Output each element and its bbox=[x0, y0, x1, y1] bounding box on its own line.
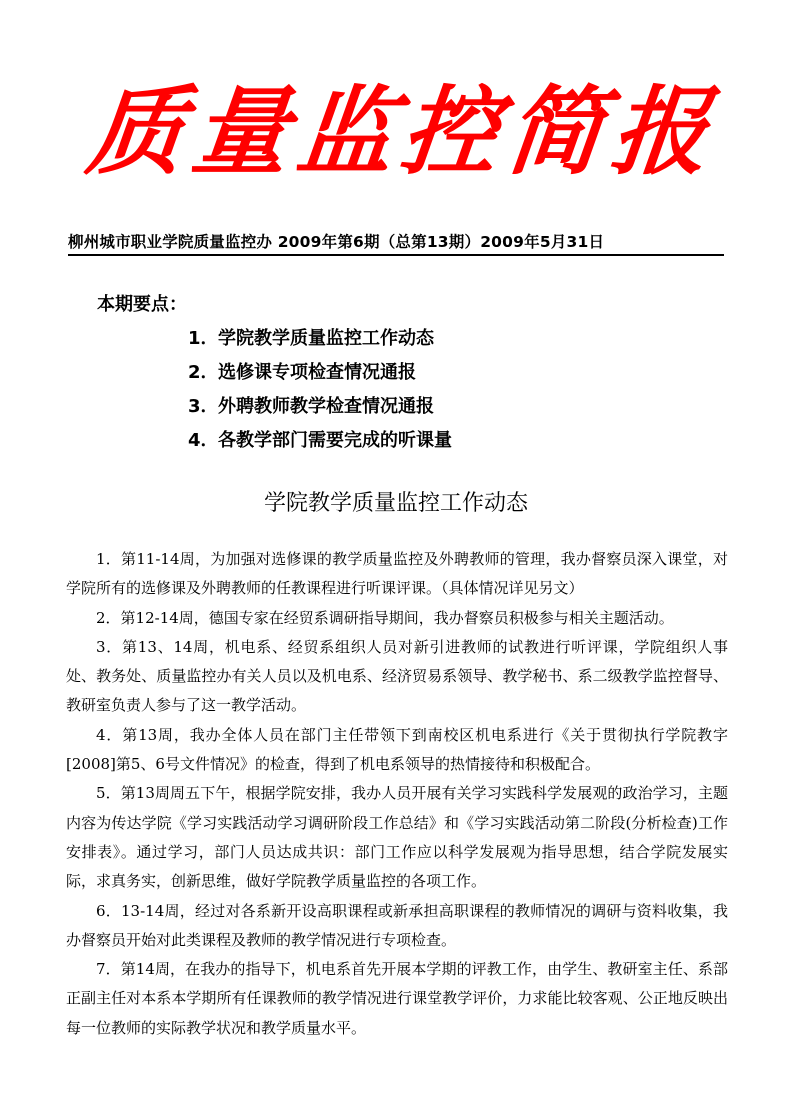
masthead-title: 质 量 监 控 简 报 bbox=[88, 72, 708, 192]
section-title: 学院教学质量监控工作动态 bbox=[0, 486, 792, 517]
issue-info-line: 柳州城市职业学院质量监控办 2009年第6期（总第13期）2009年5月31日 bbox=[68, 232, 724, 256]
masthead-char: 质 bbox=[83, 84, 189, 180]
highlight-number: 3． bbox=[188, 390, 218, 424]
body-paragraph: 3．第13、14周，机电系、经贸系组织人员对新引进教师的试教进行听评课，学院组织… bbox=[66, 633, 728, 721]
body-paragraph: 2．第12-14周，德国专家在经贸系调研指导期间，我办督察员积极参与相关主题活动… bbox=[66, 604, 728, 633]
highlight-item: 2．选修课专项检查情况通报 bbox=[188, 356, 452, 390]
body-paragraph: 4．第13周，我办全体人员在部门主任带领下到南校区机电系进行《关于贯彻执行学院教… bbox=[66, 721, 728, 780]
highlight-number: 2． bbox=[188, 356, 218, 390]
masthead-char: 监 bbox=[293, 84, 399, 180]
body-paragraph: 6．13-14周，经过对各系新开设高职课程或新承担高职课程的教师情况的调研与资料… bbox=[66, 897, 728, 956]
body-paragraph: 1．第11-14周，为加强对选修课的教学质量监控及外聘教师的管理，我办督察员深入… bbox=[66, 545, 728, 604]
highlights-heading: 本期要点： bbox=[97, 290, 187, 316]
highlight-text: 选修课专项检查情况通报 bbox=[218, 362, 416, 383]
highlight-text: 学院教学质量监控工作动态 bbox=[218, 328, 434, 349]
body-paragraph: 7．第14周，在我办的指导下，机电系首先开展本学期的评教工作，由学生、教研室主任… bbox=[66, 955, 728, 1043]
highlight-item: 4．各教学部门需要完成的听课量 bbox=[188, 424, 452, 458]
highlights-list: 1．学院教学质量监控工作动态 2．选修课专项检查情况通报 3．外聘教师教学检查情… bbox=[188, 322, 452, 458]
highlight-text: 各教学部门需要完成的听课量 bbox=[218, 430, 452, 451]
body-paragraph: 5．第13周周五下午，根据学院安排，我办人员开展有关学习实践科学发展观的政治学习… bbox=[66, 779, 728, 896]
highlight-number: 4． bbox=[188, 424, 218, 458]
masthead-char: 简 bbox=[502, 84, 608, 180]
masthead-char: 报 bbox=[607, 84, 713, 180]
highlight-item: 1．学院教学质量监控工作动态 bbox=[188, 322, 452, 356]
highlight-text: 外聘教师教学检查情况通报 bbox=[218, 396, 434, 417]
highlight-item: 3．外聘教师教学检查情况通报 bbox=[188, 390, 452, 424]
masthead-char: 量 bbox=[188, 84, 294, 180]
section-body: 1．第11-14周，为加强对选修课的教学质量监控及外聘教师的管理，我办督察员深入… bbox=[66, 545, 728, 1043]
masthead-char: 控 bbox=[397, 84, 503, 180]
highlight-number: 1． bbox=[188, 322, 218, 356]
